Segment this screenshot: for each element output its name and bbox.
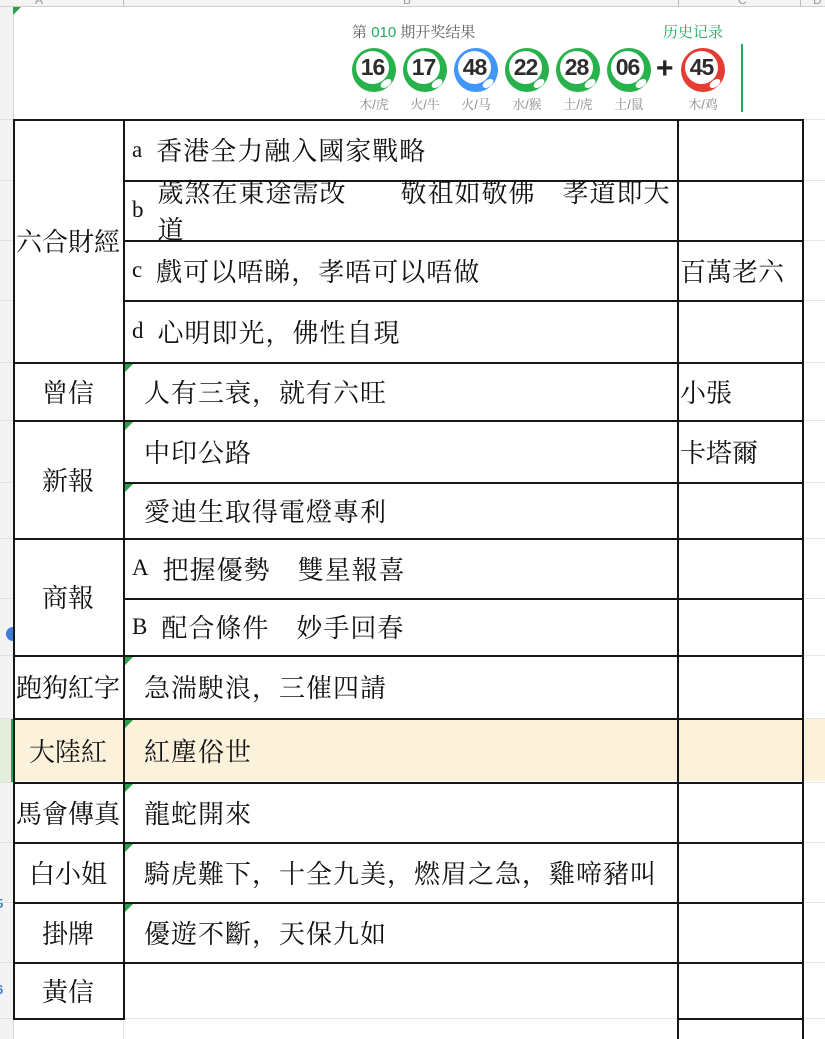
cell-corner-marker [125, 484, 133, 492]
row-divider [0, 655, 13, 656]
note-cell[interactable]: 卡塔爾 [680, 422, 800, 480]
ball-zodiac-label: 土/鼠 [607, 94, 651, 113]
content-cell[interactable]: 騎虎難下，十全九美，燃眉之急，雞啼豬叫 [124, 844, 694, 900]
source-cell[interactable]: 白小姐 [15, 844, 121, 900]
column-header-letter: B [403, 0, 411, 7]
note-cell[interactable] [680, 600, 800, 653]
content-cell[interactable]: 愛迪生取得電燈專利 [124, 484, 694, 536]
tip-text: 戲可以唔睇，孝唔可以唔做 [156, 252, 480, 289]
margin-gridline [804, 1018, 825, 1019]
source-cell[interactable]: 馬會傳真 [15, 784, 121, 840]
note-cell[interactable] [680, 964, 800, 1016]
special-ball: 45 [681, 48, 725, 92]
margin-gridline [804, 538, 825, 539]
row-divider [0, 782, 13, 783]
content-cell[interactable]: B配合條件 妙手回春 [124, 600, 682, 653]
margin-gridline [804, 842, 825, 843]
content-cell[interactable]: 急湍駛浪，三催四請 [124, 657, 694, 716]
source-cell[interactable]: 跑狗紅字 [15, 657, 121, 716]
cell-corner-marker [125, 364, 133, 372]
ball-zodiac-label: 火/马 [454, 94, 498, 113]
line-prefix: a [132, 137, 142, 163]
draw-result-title: 第 010 期开奖结果 [352, 21, 475, 42]
column-divider [800, 0, 801, 6]
tip-text: 龍蛇開來 [144, 794, 252, 831]
row-divider [0, 420, 13, 421]
cell-corner-marker [13, 7, 21, 15]
margin-gridline [804, 782, 825, 783]
ball-number: 28 [565, 54, 589, 81]
row-header-strip: 5 6 [0, 7, 14, 1039]
draw-suffix: 期开奖结果 [400, 24, 475, 41]
note-cell[interactable]: 百萬老六 [680, 242, 800, 298]
column-header-strip: ABCD [0, 0, 825, 7]
ball-number: 22 [514, 54, 538, 81]
draw-prefix: 第 [352, 24, 367, 41]
tip-text: 香港全力融入國家戰略 [156, 131, 426, 168]
source-cell[interactable]: 新報 [15, 422, 121, 536]
note-cell[interactable] [680, 904, 800, 960]
tip-text: 人有三衰，就有六旺 [144, 373, 387, 410]
row-divider [0, 1018, 13, 1019]
source-cell[interactable]: 六合財經 [15, 121, 121, 360]
row-number-fragment: 5 [0, 896, 3, 911]
ball-number: 06 [616, 54, 640, 81]
line-prefix: b [132, 197, 144, 223]
content-cell[interactable]: A把握優勢 雙星報喜 [124, 540, 682, 596]
note-cell[interactable] [680, 302, 800, 360]
tip-text: 心明即光，佛性自現 [158, 313, 401, 350]
source-cell[interactable]: 黃信 [15, 964, 121, 1016]
spreadsheet-screen: ABCD 5 6 第 010 期开奖结果 历史记录 + 16木/虎17火/牛48… [0, 0, 825, 1039]
margin-gridline [804, 362, 825, 363]
ball-number: 45 [690, 54, 714, 81]
tip-text: 愛迪生取得電燈專利 [144, 492, 387, 529]
note-cell[interactable] [680, 720, 800, 780]
ball-zodiac-label: 木/虎 [352, 94, 396, 113]
line-prefix: d [132, 318, 144, 344]
history-divider-line [741, 44, 743, 112]
ball-zodiac-label: 水/猴 [505, 94, 549, 113]
row-divider [0, 362, 13, 363]
content-cell[interactable]: b歲煞在東途需改 敬祖如敬佛 孝道即大道 [124, 182, 682, 238]
cell-corner-marker [125, 784, 133, 792]
cell-corner-marker [125, 904, 133, 912]
tip-text: 中印公路 [144, 433, 252, 470]
line-prefix: B [132, 614, 147, 640]
margin-gridline [804, 119, 825, 120]
note-cell[interactable] [680, 121, 800, 178]
note-cell[interactable]: 小張 [680, 364, 800, 418]
margin-gridline [804, 598, 825, 599]
cell-corner-marker [125, 422, 133, 430]
note-text: 百萬老六 [680, 252, 784, 289]
note-cell[interactable] [680, 784, 800, 840]
lottery-ball: 22 [505, 48, 549, 92]
lottery-ball: 48 [454, 48, 498, 92]
note-cell[interactable] [680, 844, 800, 900]
note-text: 小張 [680, 373, 732, 410]
line-prefix: A [132, 555, 149, 581]
row-divider [0, 962, 13, 963]
row-divider [0, 538, 13, 539]
tip-text: 急湍駛浪，三催四請 [144, 668, 387, 705]
ball-number: 17 [412, 54, 436, 81]
ball-zodiac-label: 火/牛 [403, 94, 447, 113]
column-header-letter: D [813, 0, 822, 7]
margin-gridline [804, 962, 825, 963]
lottery-ball: 28 [556, 48, 600, 92]
row-divider [0, 300, 13, 301]
note-cell[interactable] [680, 484, 800, 536]
tip-text: 優遊不斷，天保九如 [144, 914, 387, 951]
margin-gridline [804, 300, 825, 301]
margin-gridline [804, 482, 825, 483]
lottery-ball: 17 [403, 48, 447, 92]
margin-gridline [123, 1019, 124, 1039]
tip-text: 紅塵俗世 [144, 732, 252, 769]
table-border-h [13, 1018, 125, 1020]
content-cell[interactable]: 紅塵俗世 [124, 720, 694, 780]
row-divider [0, 902, 13, 903]
content-cell[interactable]: 優遊不斷，天保九如 [124, 904, 694, 960]
row-divider [0, 842, 13, 843]
tip-text: 騎虎難下，十全九美，燃眉之急，雞啼豬叫 [144, 854, 657, 891]
margin-gridline [804, 902, 825, 903]
line-prefix: c [132, 257, 142, 283]
margin-gridline [125, 1018, 677, 1019]
row-divider [0, 240, 13, 241]
lottery-ball: 16 [352, 48, 396, 92]
cell-corner-marker [125, 844, 133, 852]
row-divider [0, 598, 13, 599]
ball-zodiac-label: 木/鸡 [681, 94, 725, 113]
column-header-letter: A [35, 0, 43, 7]
history-link[interactable]: 历史记录 [663, 21, 723, 42]
source-cell[interactable]: 商報 [15, 540, 121, 653]
source-cell[interactable]: 曾信 [15, 364, 121, 418]
cell-corner-marker [125, 720, 133, 728]
margin-gridline [804, 718, 825, 719]
row-divider [0, 718, 13, 719]
note-cell[interactable] [680, 182, 800, 238]
tip-text: 歲煞在東途需改 敬祖如敬佛 孝道即大道 [158, 173, 683, 247]
table-border-v [802, 119, 804, 1039]
content-cell[interactable]: 龍蛇開來 [124, 784, 694, 840]
source-cell[interactable]: 掛牌 [15, 904, 121, 960]
table-border-h [677, 1018, 804, 1020]
margin-gridline [804, 420, 825, 421]
ball-number: 48 [463, 54, 487, 81]
tip-text: 配合條件 妙手回春 [161, 608, 404, 645]
lottery-ball: 06 [607, 48, 651, 92]
content-cell[interactable]: d心明即光，佛性自現 [124, 302, 682, 360]
column-header-letter: C [738, 0, 747, 7]
column-divider [678, 0, 679, 6]
margin-gridline [804, 240, 825, 241]
margin-gridline [804, 655, 825, 656]
selected-row-header [0, 718, 13, 782]
ball-zodiac-label: 土/虎 [556, 94, 600, 113]
note-text: 卡塔爾 [680, 433, 758, 470]
row-divider [0, 119, 13, 120]
note-cell[interactable] [680, 540, 800, 596]
row-divider [0, 482, 13, 483]
tip-text: 把握優勢 雙星報喜 [163, 550, 406, 587]
row-number-fragment: 6 [0, 982, 3, 997]
ball-number: 16 [361, 54, 385, 81]
plus-sign: + [656, 52, 674, 86]
draw-number: 010 [371, 24, 396, 41]
note-cell[interactable] [680, 657, 800, 716]
content-cell[interactable]: a香港全力融入國家戰略 [124, 121, 682, 178]
source-cell[interactable]: 大陸紅 [15, 720, 121, 780]
content-cell[interactable]: c戲可以唔睇，孝唔可以唔做 [124, 242, 682, 298]
cell-corner-marker [125, 657, 133, 665]
margin-gridline [804, 180, 825, 181]
content-cell[interactable]: 人有三衰，就有六旺 [124, 364, 694, 418]
content-cell[interactable]: 中印公路 [124, 422, 694, 480]
column-divider [123, 0, 124, 6]
content-cell[interactable] [124, 964, 694, 1016]
row-divider [0, 180, 13, 181]
